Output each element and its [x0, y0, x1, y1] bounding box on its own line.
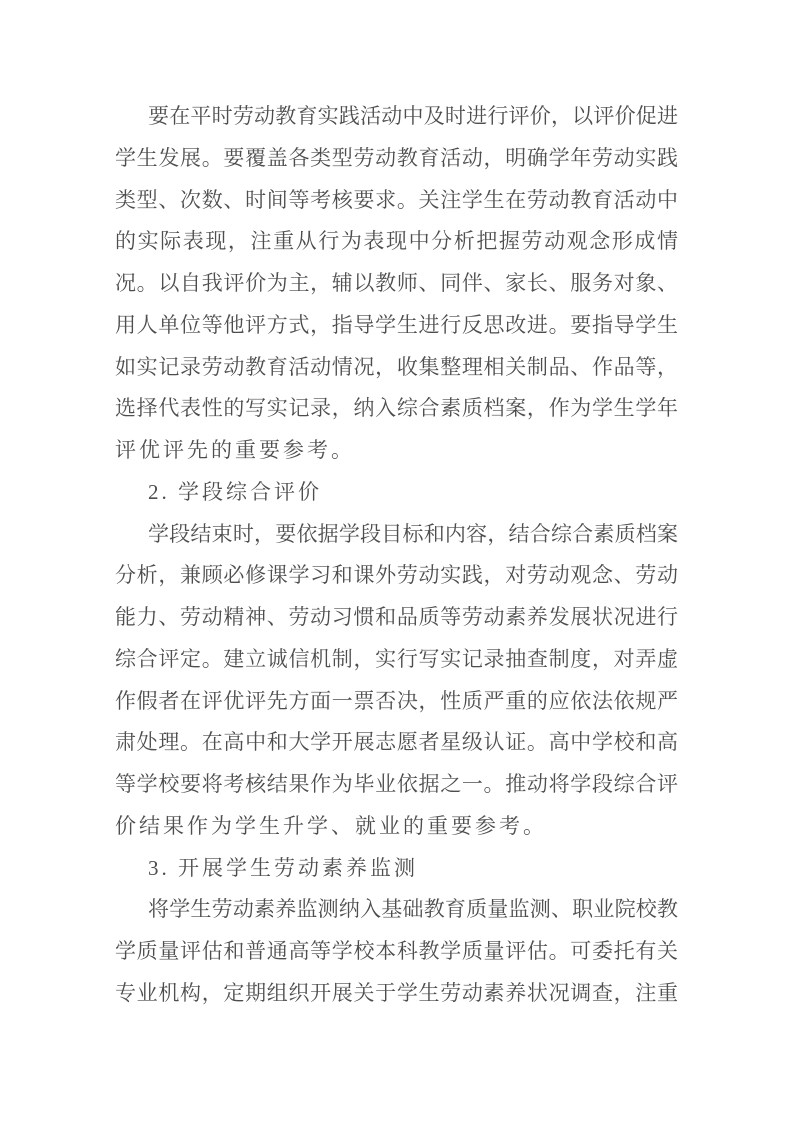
text-line: 能力、劳动精神、劳动习惯和品质等劳动素养发展状况进行	[115, 597, 678, 639]
text-line: 选择代表性的写实记录，纳入综合素质档案，作为学生学年	[115, 388, 678, 430]
text-line: 将学生劳动素养监测纳入基础教育质量监测、职业院校教	[115, 889, 678, 931]
document-page: 要在平时劳动教育实践活动中及时进行评价，以评价促进 学生发展。要覆盖各类型劳动教…	[0, 0, 793, 1122]
text-line: 价结果作为学生升学、就业的重要参考。	[115, 806, 678, 848]
paragraph-stage-comprehensive-evaluation: 学段结束时，要依据学段目标和内容，结合综合素质档案 分析，兼顾必修课学习和课外劳…	[115, 514, 678, 848]
heading-stage-comprehensive-evaluation: 2. 学段综合评价	[115, 472, 678, 514]
text-line: 分析，兼顾必修课学习和课外劳动实践，对劳动观念、劳动	[115, 555, 678, 597]
section-heading: 2. 学段综合评价	[115, 472, 678, 514]
text-line: 用人单位等他评方式，指导学生进行反思改进。要指导学生	[115, 305, 678, 347]
text-line: 类型、次数、时间等考核要求。关注学生在劳动教育活动中	[115, 180, 678, 222]
text-line: 学生发展。要覆盖各类型劳动教育活动，明确学年劳动实践	[115, 138, 678, 180]
text-line: 况。以自我评价为主，辅以教师、同伴、家长、服务对象、	[115, 263, 678, 305]
heading-labor-literacy-monitoring: 3. 开展学生劳动素养监测	[115, 848, 678, 890]
text-line: 学段结束时，要依据学段目标和内容，结合综合素质档案	[115, 514, 678, 556]
paragraph-daily-evaluation: 要在平时劳动教育实践活动中及时进行评价，以评价促进 学生发展。要覆盖各类型劳动教…	[115, 96, 678, 472]
text-line: 作假者在评优评先方面一票否决，性质严重的应依法依规严	[115, 681, 678, 723]
text-line: 如实记录劳动教育活动情况，收集整理相关制品、作品等，	[115, 347, 678, 389]
text-line: 综合评定。建立诚信机制，实行写实记录抽查制度，对弄虚	[115, 639, 678, 681]
section-heading: 3. 开展学生劳动素养监测	[115, 848, 678, 890]
text-line: 专业机构，定期组织开展关于学生劳动素养状况调查，注重	[115, 973, 678, 1015]
text-line: 学质量评估和普通高等学校本科教学质量评估。可委托有关	[115, 931, 678, 973]
text-line: 评优评先的重要参考。	[115, 430, 678, 472]
text-line: 肃处理。在高中和大学开展志愿者星级认证。高中学校和高	[115, 722, 678, 764]
text-line: 要在平时劳动教育实践活动中及时进行评价，以评价促进	[115, 96, 678, 138]
text-line: 等学校要将考核结果作为毕业依据之一。推动将学段综合评	[115, 764, 678, 806]
document-body: 要在平时劳动教育实践活动中及时进行评价，以评价促进 学生发展。要覆盖各类型劳动教…	[115, 96, 678, 1015]
text-line: 的实际表现，注重从行为表现中分析把握劳动观念形成情	[115, 221, 678, 263]
paragraph-labor-literacy-monitoring: 将学生劳动素养监测纳入基础教育质量监测、职业院校教 学质量评估和普通高等学校本科…	[115, 889, 678, 1014]
